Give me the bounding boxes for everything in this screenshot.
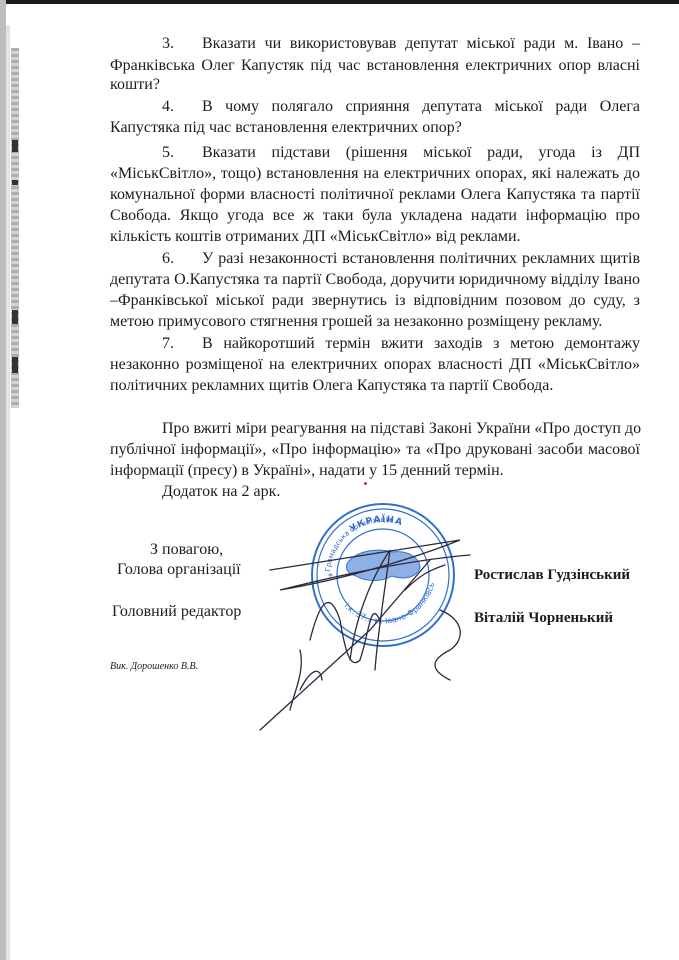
executor-note: Вик. Дорошенко В.В. xyxy=(110,661,198,672)
scan-red-dot xyxy=(364,482,367,485)
item-4-line-1: 4.В чому полягало сприяння депутата місь… xyxy=(162,97,640,116)
scan-strip-mark xyxy=(12,357,18,373)
handwritten-signature-icon xyxy=(250,520,490,750)
item-5-line-1: 5.Вказати підстави (рішення міської ради… xyxy=(162,143,640,162)
item-5-line-2: «МіськСвітло», тощо) встановлення на еле… xyxy=(110,164,640,183)
item-3-line-3: кошти? xyxy=(110,75,640,94)
item-text: Вказати підстави (рішення міської ради, … xyxy=(202,144,640,161)
closing-line-2: публічної інформації», «Про інформацію» … xyxy=(110,440,640,459)
name-chairman: Ростислав Гудзінський xyxy=(474,567,630,584)
name-editor: Віталій Чорненький xyxy=(474,610,613,627)
item-6-line-2: депутата О.Капустяка та партії Свобода, … xyxy=(110,270,640,289)
role-chairman: Голова організації xyxy=(117,560,241,579)
item-6-line-3: –Франківської міської ради звернутись із… xyxy=(110,291,640,310)
scan-left-margin xyxy=(6,25,10,960)
item-7-line-2: незаконно розміщеної на електричних опор… xyxy=(110,355,640,374)
item-3-line-1: 3.Вказати чи використовував депутат місь… xyxy=(162,34,640,53)
item-5-line-4: Свобода. Якщо угода все ж таки була укла… xyxy=(110,206,640,225)
role-editor: Головний редактор xyxy=(112,602,241,621)
item-number: 5. xyxy=(162,143,202,162)
item-5-line-5: кількість коштів отриманих ДП «МіськСвіт… xyxy=(110,227,640,246)
regards-text: З повагою, xyxy=(150,540,223,559)
attachment-note: Додаток на 2 арк. xyxy=(162,482,640,501)
item-5-line-3: комунальної форми власності політичної р… xyxy=(110,185,640,204)
closing-line-3: інформації (пресу) в Україні», надати у … xyxy=(110,461,640,480)
scan-strip-mark xyxy=(12,310,18,324)
item-6-line-4: метою примусового стягнення грошей за не… xyxy=(110,312,640,331)
item-6-line-1: 6.У разі незаконності встановлення політ… xyxy=(162,249,640,268)
item-number: 7. xyxy=(162,334,202,353)
item-4-line-2: Капустяка під час встановлення електричн… xyxy=(110,118,640,137)
item-number: 6. xyxy=(162,249,202,268)
item-3-line-2: Франківська Олег Капустяк під час встано… xyxy=(110,56,640,75)
item-number: 4. xyxy=(162,97,202,116)
scan-top-edge xyxy=(0,0,679,4)
item-number: 3. xyxy=(162,34,202,53)
item-text: В найкоротший термін вжити заходів з мет… xyxy=(202,335,640,352)
item-7-line-1: 7.В найкоротший термін вжити заходів з м… xyxy=(162,334,640,353)
item-7-line-3: політичних рекламних щитів Олега Капустя… xyxy=(110,376,640,395)
closing-line-1: Про вжиті міри реагування на підставі За… xyxy=(162,419,640,438)
item-text: В чому полягало сприяння депутата місько… xyxy=(202,98,640,115)
scan-strip-mark xyxy=(12,140,18,152)
item-text: Вказати чи використовував депутат місько… xyxy=(202,35,640,52)
scan-binding-strip xyxy=(11,48,19,408)
item-text: У разі незаконності встановлення політич… xyxy=(202,250,640,267)
scan-strip-mark xyxy=(12,180,18,185)
